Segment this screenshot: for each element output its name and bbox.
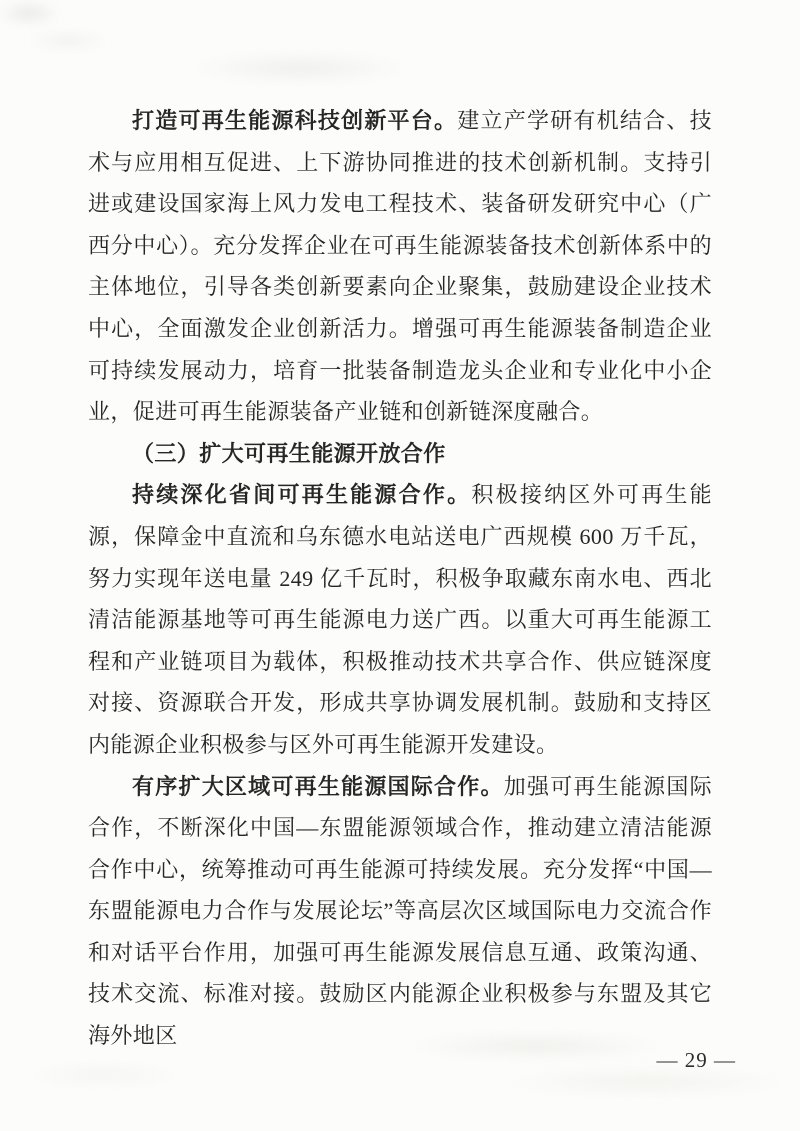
paragraph-lead: 持续深化省间可再生能源合作。 [132,482,471,507]
paragraph: 打造可再生能源科技创新平台。建立产学研有机结合、技术与应用相互促进、上下游协同推… [88,100,712,433]
paragraph-body: 建立产学研有机结合、技术与应用相互促进、上下游协同推进的技术创新机制。支持引进或… [88,108,712,424]
scan-noise-top-left [0,0,120,62]
document-body: 打造可再生能源科技创新平台。建立产学研有机结合、技术与应用相互促进、上下游协同推… [88,100,712,1057]
paragraph-body: 积极接纳区外可再生能源，保障金中直流和乌东德水电站送电广西规模 600 万千瓦，… [88,482,712,757]
paragraph: 有序扩大区域可再生能源国际合作。加强可再生能源国际合作，不断深化中国—东盟能源领… [88,766,712,1057]
scan-noise-top-middle [140,38,460,98]
paragraph-lead: 有序扩大区域可再生能源国际合作。 [132,774,504,799]
paragraph-lead: （三）扩大可再生能源开放合作 [132,441,446,466]
paragraph-lead: 打造可再生能源科技创新平台。 [132,108,457,133]
document-page: 打造可再生能源科技创新平台。建立产学研有机结合、技术与应用相互促进、上下游协同推… [0,0,800,1131]
paragraph: 持续深化省间可再生能源合作。积极接纳区外可再生能源，保障金中直流和乌东德水电站送… [88,474,712,765]
section-heading: （三）扩大可再生能源开放合作 [88,433,712,475]
paragraph-body: 加强可再生能源国际合作，不断深化中国—东盟能源领域合作，推动建立清洁能源合作中心… [88,774,712,1049]
page-number: — 29 — [657,1048,737,1073]
